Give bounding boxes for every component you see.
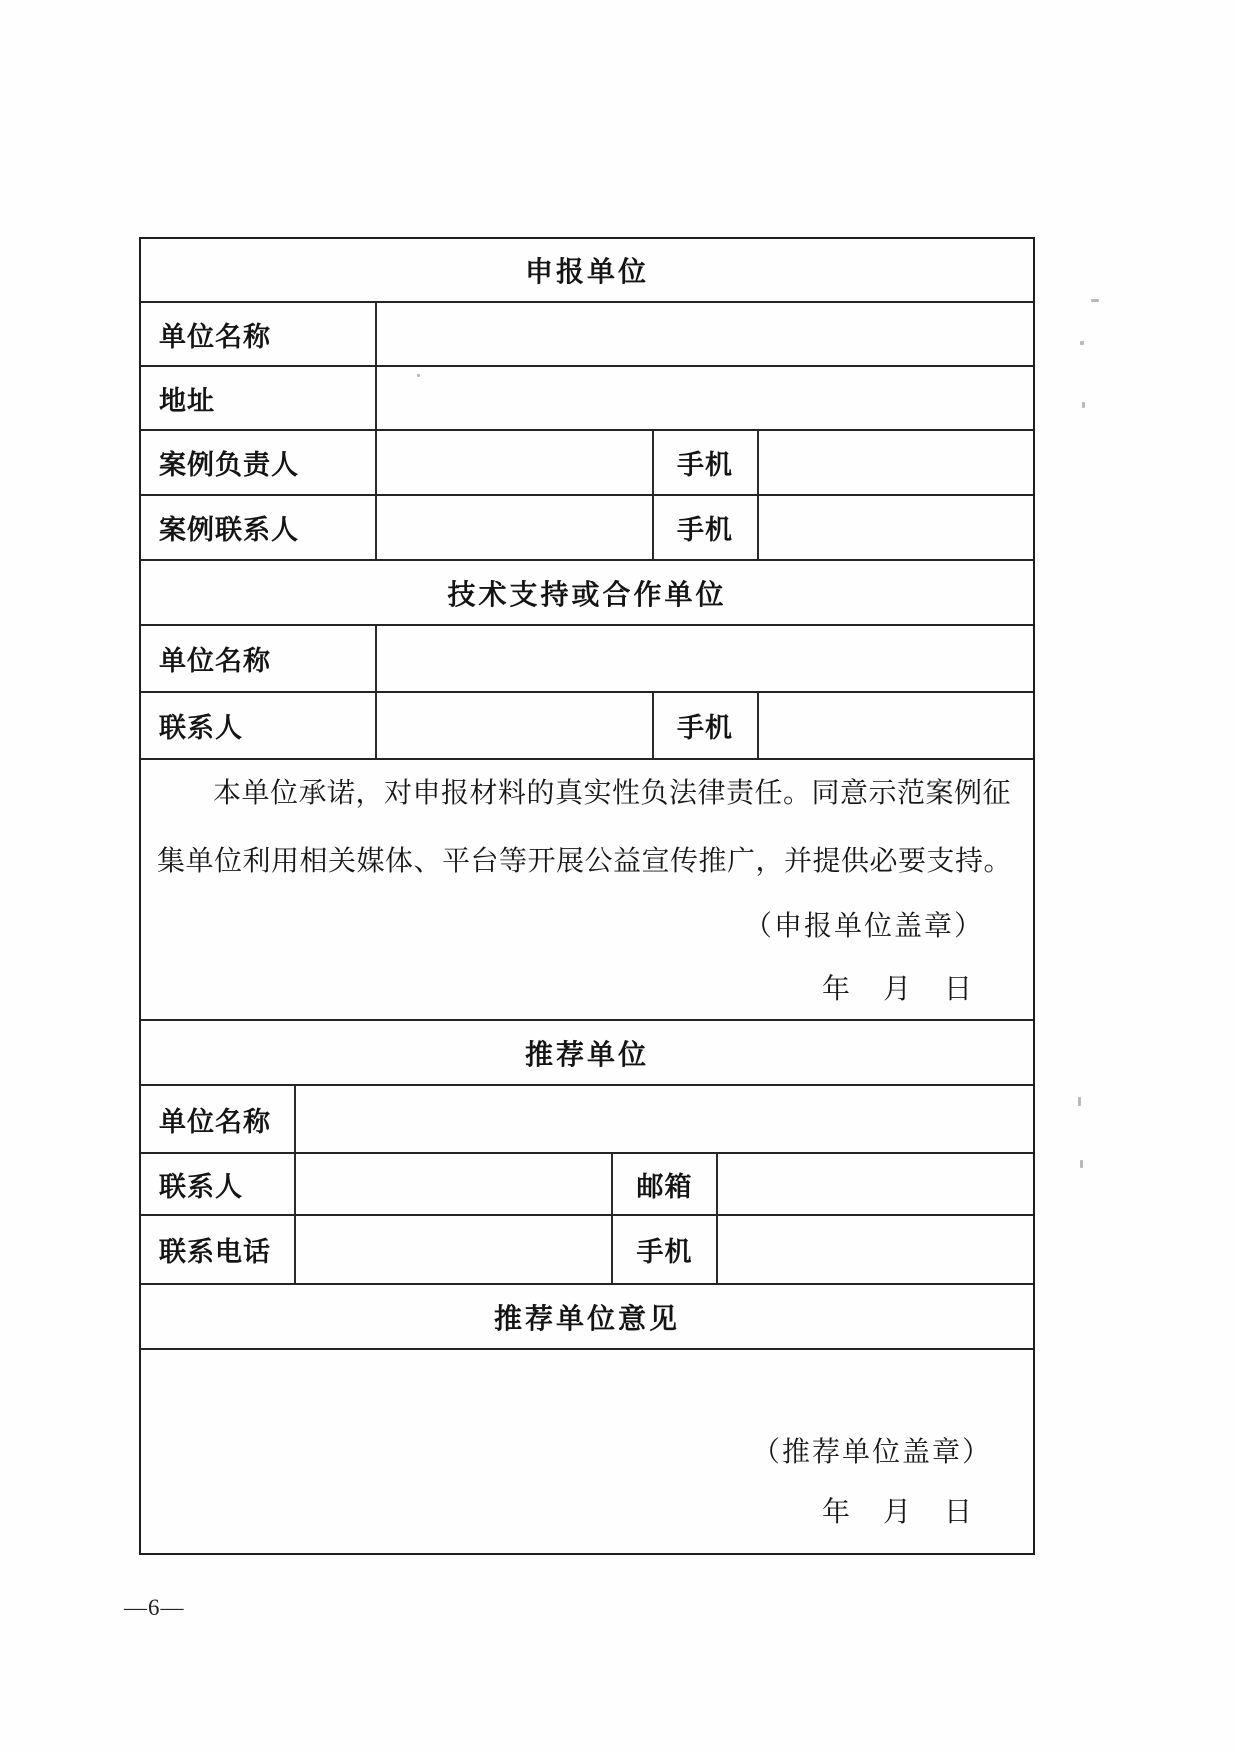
field-label-contact: 联系人 bbox=[141, 1154, 294, 1214]
section-header-row-recommender: 推荐单位 bbox=[141, 1019, 1033, 1084]
scan-speck bbox=[1080, 341, 1084, 345]
scan-speck bbox=[1078, 1097, 1081, 1106]
section-header-support: 技术支持或合作单位 bbox=[141, 561, 1033, 624]
commitment-text-line1: 本单位承诺，对申报材料的真实性负法律责任。同意示范案例征 bbox=[157, 760, 1017, 828]
table-row-recommender-phone: 联系电话 手机 bbox=[141, 1214, 1033, 1283]
date-month-label: 月 bbox=[883, 1483, 911, 1543]
date-year-label: 年 bbox=[822, 1483, 850, 1543]
commitment-text-line2: 集单位利用相关媒体、平台等开展公益宣传推广，并提供必要支持。 bbox=[157, 828, 1017, 896]
field-value-contact bbox=[294, 1154, 611, 1214]
table-row-support-contact: 联系人 手机 bbox=[141, 691, 1033, 758]
field-value-mobile bbox=[757, 496, 1034, 559]
field-value-case-leader bbox=[375, 431, 652, 494]
table-row-recommender-unit-name: 单位名称 bbox=[141, 1084, 1033, 1152]
field-label-email: 邮箱 bbox=[611, 1154, 716, 1214]
table-row-case-leader: 案例负责人 手机 bbox=[141, 429, 1033, 494]
field-value-unit-name bbox=[375, 303, 1033, 365]
table-row-recommender-contact: 联系人 邮箱 bbox=[141, 1152, 1033, 1214]
field-label-mobile: 手机 bbox=[611, 1216, 716, 1283]
field-label-address: 地址 bbox=[141, 367, 375, 429]
field-label-unit-name: 单位名称 bbox=[141, 626, 375, 691]
field-value-mobile bbox=[757, 431, 1034, 494]
section-header-applicant: 申报单位 bbox=[141, 239, 1033, 301]
scanned-form-page: { "document": { "page_number": "—6—" }, … bbox=[0, 0, 1236, 1753]
date-year-label: 年 bbox=[822, 958, 850, 1022]
section-header-opinion: 推荐单位意见 bbox=[141, 1285, 1033, 1348]
opinion-cell: （推荐单位盖章） 年 月 日 bbox=[141, 1350, 1033, 1553]
commitment-cell: 本单位承诺，对申报材料的真实性负法律责任。同意示范案例征 集单位利用相关媒体、平… bbox=[141, 760, 1033, 1019]
field-label-phone: 联系电话 bbox=[141, 1216, 294, 1283]
application-form-table: 申报单位 单位名称 地址 案例负责人 手机 案例联系人 手机 技术支持或合作单位… bbox=[139, 237, 1035, 1555]
scan-speck bbox=[417, 374, 420, 377]
field-value-case-contact bbox=[375, 496, 652, 559]
field-label-case-contact: 案例联系人 bbox=[141, 496, 375, 559]
date-day-label: 日 bbox=[944, 1483, 972, 1543]
scan-speck bbox=[1082, 402, 1085, 408]
section-header-row-support: 技术支持或合作单位 bbox=[141, 559, 1033, 624]
section-header-recommender: 推荐单位 bbox=[141, 1021, 1033, 1084]
field-value-contact bbox=[375, 693, 652, 758]
field-label-mobile: 手机 bbox=[652, 693, 757, 758]
date-month-label: 月 bbox=[883, 958, 911, 1022]
page-number: —6— bbox=[124, 1595, 185, 1621]
field-value-email bbox=[716, 1154, 1033, 1214]
field-value-mobile bbox=[716, 1216, 1033, 1283]
field-label-mobile: 手机 bbox=[652, 431, 757, 494]
scan-speck bbox=[1080, 1160, 1083, 1168]
field-label-mobile: 手机 bbox=[652, 496, 757, 559]
field-value-mobile bbox=[757, 693, 1034, 758]
field-label-contact: 联系人 bbox=[141, 693, 375, 758]
applicant-date-line: 年 月 日 bbox=[157, 958, 1017, 1022]
table-row-case-contact: 案例联系人 手机 bbox=[141, 494, 1033, 559]
recommender-date-line: 年 月 日 bbox=[157, 1483, 1017, 1543]
field-label-unit-name: 单位名称 bbox=[141, 303, 375, 365]
applicant-stamp-note: （申报单位盖章） bbox=[157, 896, 1017, 958]
table-row-address: 地址 bbox=[141, 365, 1033, 429]
date-day-label: 日 bbox=[944, 958, 972, 1022]
recommender-stamp-note: （推荐单位盖章） bbox=[157, 1423, 1017, 1483]
field-value-unit-name bbox=[375, 626, 1033, 691]
table-row-support-unit-name: 单位名称 bbox=[141, 624, 1033, 691]
field-value-address bbox=[375, 367, 1033, 429]
field-label-case-leader: 案例负责人 bbox=[141, 431, 375, 494]
opinion-empty-space bbox=[157, 1350, 1017, 1423]
field-value-phone bbox=[294, 1216, 611, 1283]
opinion-row: （推荐单位盖章） 年 月 日 bbox=[141, 1348, 1033, 1553]
field-label-unit-name: 单位名称 bbox=[141, 1086, 294, 1152]
table-row-unit-name: 单位名称 bbox=[141, 301, 1033, 365]
section-header-row-opinion: 推荐单位意见 bbox=[141, 1283, 1033, 1348]
scan-speck bbox=[1091, 299, 1099, 302]
commitment-row: 本单位承诺，对申报材料的真实性负法律责任。同意示范案例征 集单位利用相关媒体、平… bbox=[141, 758, 1033, 1019]
section-header-row-applicant: 申报单位 bbox=[141, 239, 1033, 301]
field-value-unit-name bbox=[294, 1086, 1033, 1152]
